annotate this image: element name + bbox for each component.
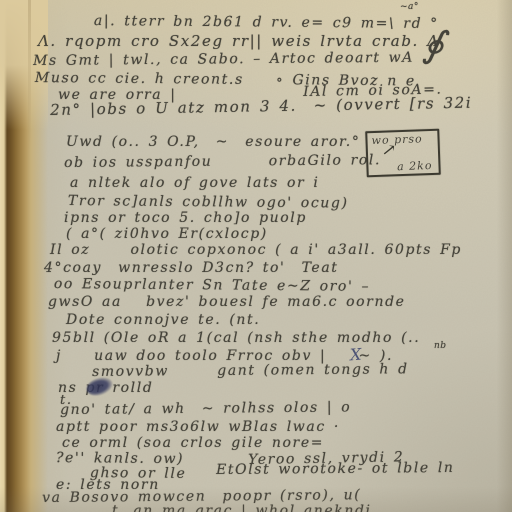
handwriting-line: Il oz olotic copxonoc ( a i' a3all. 60pt… <box>50 242 462 258</box>
handwriting-line: ob ios usspanfou orbaGilo rol. <box>64 152 381 171</box>
manuscript-page-photo: a|. tterr bn 2b61 d rv. e= c9 m=\ rd ° Λ… <box>0 0 512 512</box>
handwriting-line: t. an ma grac | whol anekndi <box>112 503 372 512</box>
handwriting-line: 4°coay wnresslo D3cn? to' Teat <box>44 260 339 276</box>
note-box-top-text: wo prso <box>371 132 423 147</box>
handwriting-line: Dote connojve te. (nt. <box>66 312 260 328</box>
handwriting-line: Tror sc]anls cobllhw ogo' ocug) <box>68 193 349 211</box>
top-margin-mark: ~a° <box>400 2 419 12</box>
handwriting-line: Λ. rqopm cro Sx2eg rr|| weis lrvta crab.… <box>38 32 440 50</box>
handwriting-line: EtOlst worotoke- ot lble ln <box>216 460 455 478</box>
handwriting-line: gwsO aa bvez' bouesl fe ma6.c oornde <box>48 294 406 310</box>
hand-drawn-note-box: wo prso ↗ a 2ko <box>365 129 441 178</box>
handwriting-line: smovvbw gant (omen tongs h d <box>92 361 409 380</box>
handwriting-line: ( a°( zi0hvo Er(cxlocp) <box>66 226 268 242</box>
handwriting-line: Uwd (o.. 3 O.P, ~ esoure aror.° <box>66 134 360 150</box>
handwriting-line: 95bll (Ole oR a 1(cal (nsh sthe modho (.… <box>52 330 420 346</box>
note-box-bottom-text: a 2ko <box>397 159 433 173</box>
handwriting-line: Ms Gmt | twl., ca Sabo. – Artoc deoart w… <box>33 50 414 69</box>
handwriting-line: ipns or toco 5. cho]o puolp <box>64 210 307 226</box>
handwriting-block: a|. tterr bn 2b61 d rv. e= c9 m=\ rd ° Λ… <box>0 0 512 512</box>
arrow-icon: ↗ <box>381 140 397 161</box>
handwriting-line: ce orml (soa crlos gile nore= <box>62 435 324 451</box>
handwriting-line: oo Esouprlanter Sn Tate e~Z oro' – <box>54 276 370 295</box>
handwriting-line: aptt poor ms3o6lw wBlas lwac · <box>56 419 340 435</box>
superscript-annotation: nb <box>434 341 447 351</box>
handwriting-line: a|. tterr bn 2b61 d rv. e= c9 m=\ rd ° <box>94 13 439 32</box>
handwriting-line: gno' tat/ a wh ~ rolhss olos | o <box>60 399 351 418</box>
crossed-x-mark: X <box>349 345 362 365</box>
handwriting-line: a nltek alo of gove lats or i <box>70 175 319 191</box>
